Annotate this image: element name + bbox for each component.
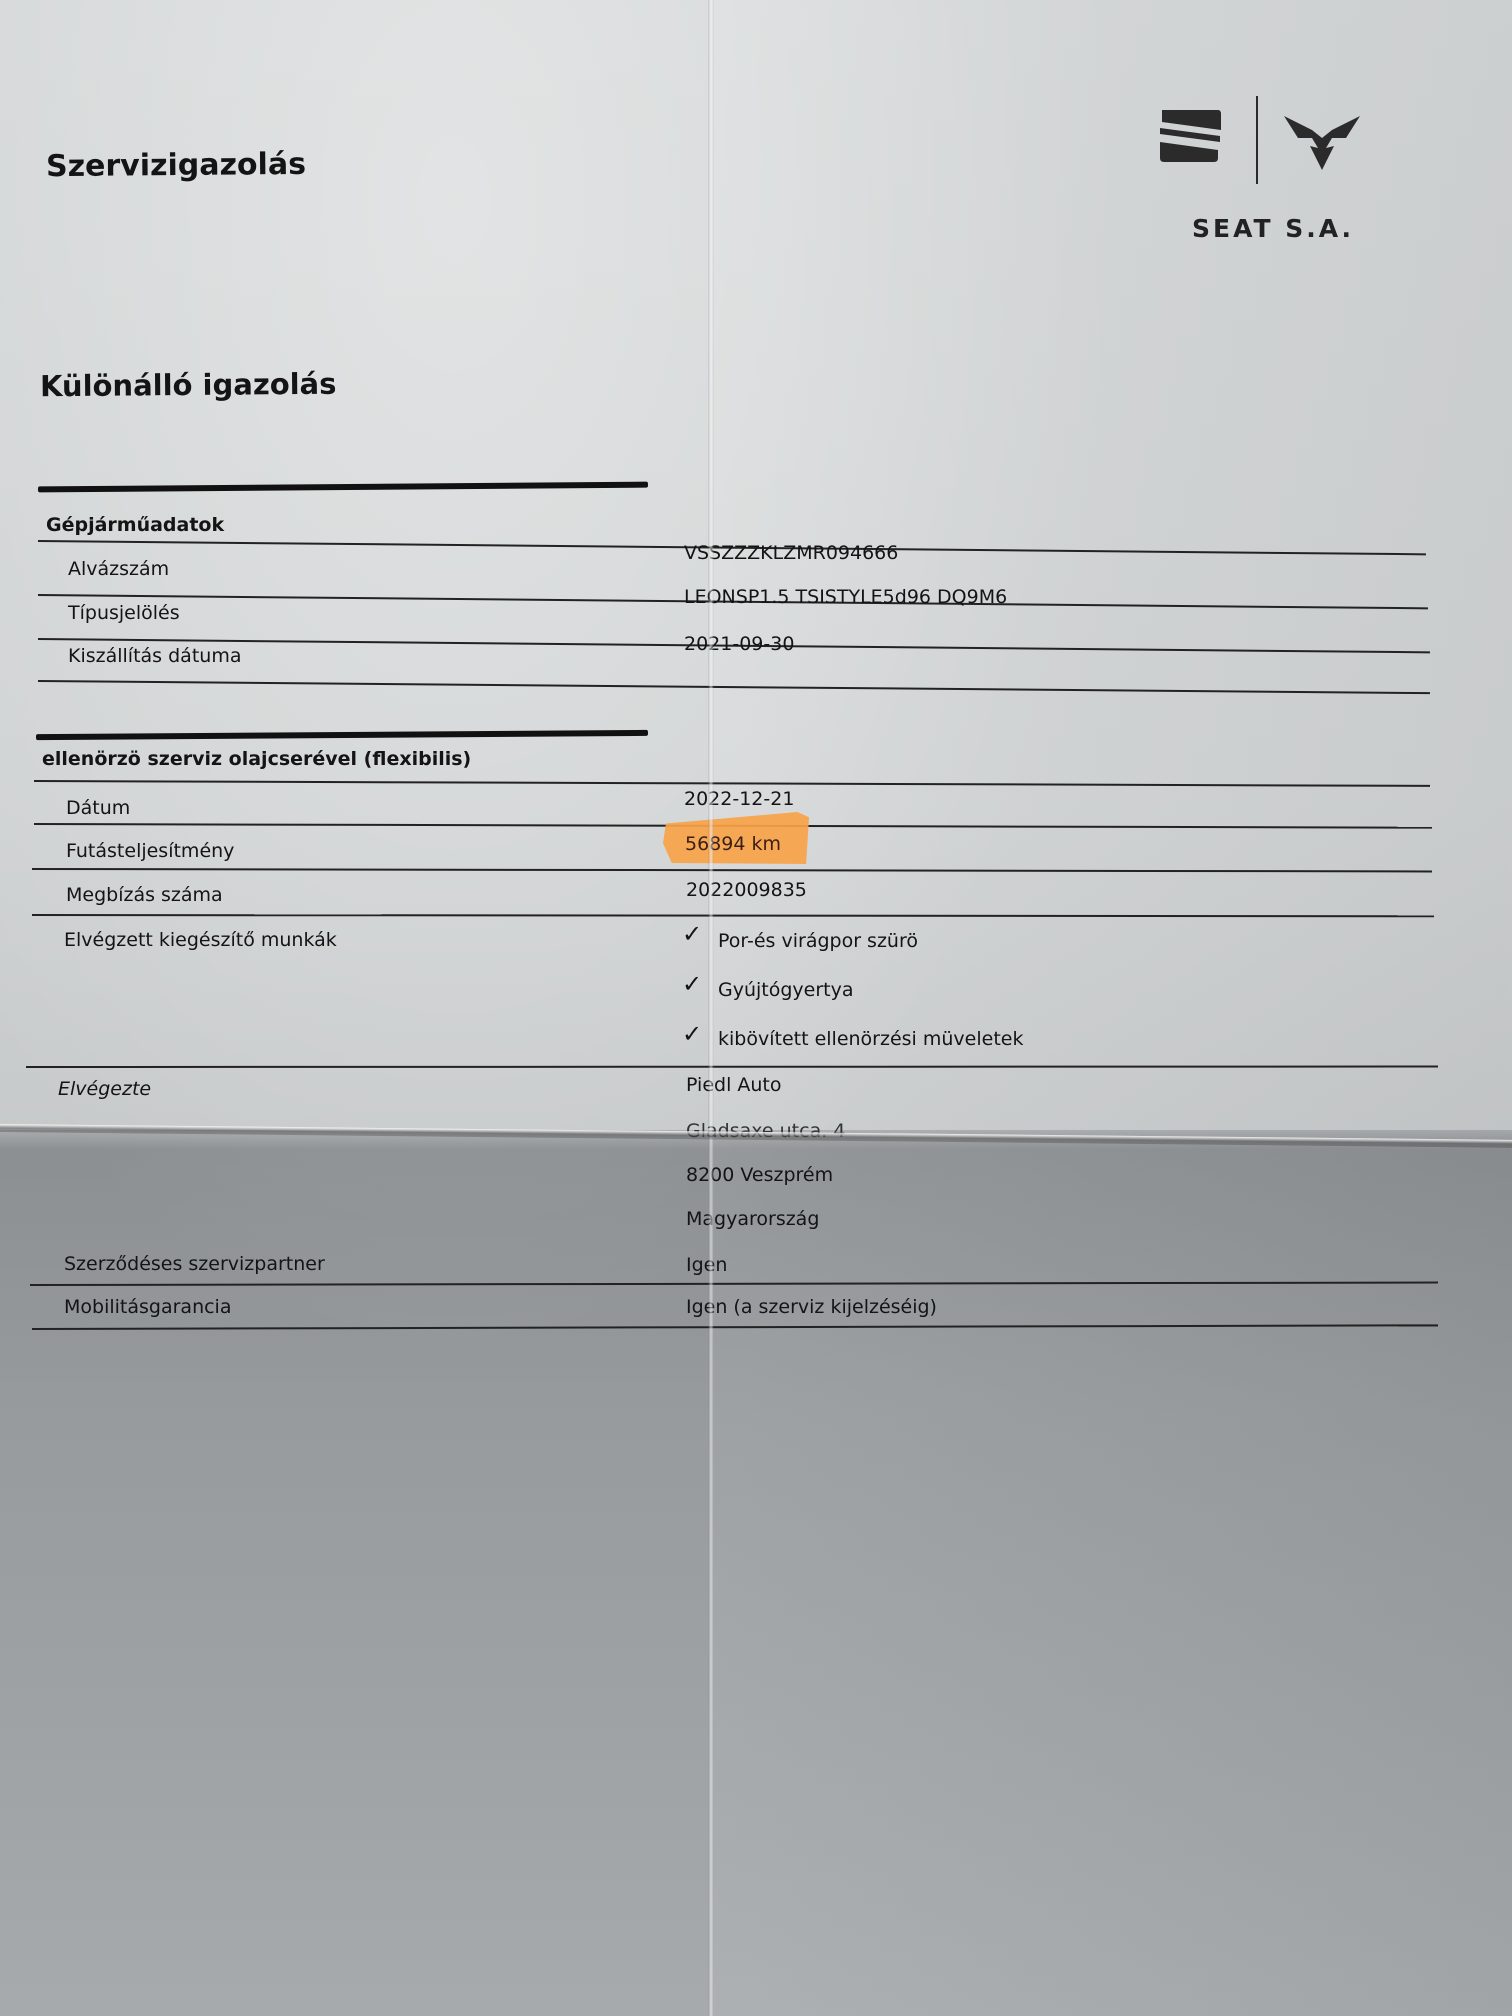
vin-value: VSSZZZKLZMR094666 [684, 542, 898, 564]
performed-by-line: Piedl Auto [686, 1074, 782, 1096]
brand-logo-area: SEAT S.A. [1150, 96, 1390, 256]
performed-by-line: Gladsaxe utca. 4 [686, 1120, 845, 1142]
checkmark-icon: ✓ [682, 1020, 702, 1048]
section-divider [36, 730, 648, 740]
extra-work-text: kibövített ellenörzési müveletek [718, 1028, 1023, 1050]
logo-divider [1256, 96, 1258, 184]
type-value: LEONSP1.5 TSISTYLE5d96 DQ9M6 [684, 586, 1007, 608]
row-rule [30, 1282, 1438, 1286]
section-divider [38, 482, 648, 493]
performed-by-label: Elvégezte [58, 1078, 151, 1100]
checkmark-icon: ✓ [682, 920, 702, 948]
cupra-logo-icon [1282, 112, 1362, 172]
row-rule [38, 680, 1430, 694]
company-name: SEAT S.A. [1192, 214, 1354, 243]
mileage-label: Futásteljesítmény [66, 840, 234, 862]
contract-partner-label: Szerződéses szervizpartner [64, 1253, 325, 1275]
delivery-date-label: Kiszállítás dátuma [68, 645, 241, 667]
delivery-date-value: 2021-09-30 [684, 633, 794, 655]
order-number-value: 2022009835 [686, 879, 807, 901]
mileage-value: 56894 km [685, 833, 781, 855]
vin-label: Alvázszám [68, 558, 169, 580]
seat-logo-icon [1158, 108, 1222, 164]
row-rule [32, 1324, 1438, 1330]
row-rule [32, 868, 1432, 872]
document-title: Szervizigazolás [46, 147, 306, 184]
row-rule [34, 780, 1430, 787]
document-subtitle: Különálló igazolás [40, 367, 337, 404]
type-label: Típusjelölés [68, 602, 180, 624]
performed-by-line: Magyarország [686, 1208, 819, 1230]
paper-fold-vertical [708, 0, 714, 2016]
row-rule [32, 914, 1434, 917]
mobility-guarantee-value: Igen (a szerviz kijelzéséig) [686, 1296, 937, 1318]
mobility-guarantee-label: Mobilitásgarancia [64, 1296, 231, 1318]
paper-shading [712, 0, 1512, 2016]
performed-by-line: 8200 Veszprém [686, 1164, 833, 1186]
vehicle-section-heading: Gépjárműadatok [46, 514, 224, 536]
extra-work-text: Gyújtógyertya [718, 979, 854, 1001]
service-date-value: 2022-12-21 [684, 788, 794, 810]
service-date-label: Dátum [66, 797, 130, 819]
checkmark-icon: ✓ [682, 970, 702, 998]
extra-work-text: Por-és virágpor szürö [718, 930, 918, 952]
order-number-label: Megbízás száma [66, 884, 223, 906]
service-section-heading: ellenörzö szerviz olajcserével (flexibil… [42, 748, 471, 770]
row-rule [26, 1066, 1438, 1068]
extra-work-label: Elvégzett kiegészítő munkák [64, 929, 337, 951]
contract-partner-value: Igen [686, 1254, 727, 1276]
